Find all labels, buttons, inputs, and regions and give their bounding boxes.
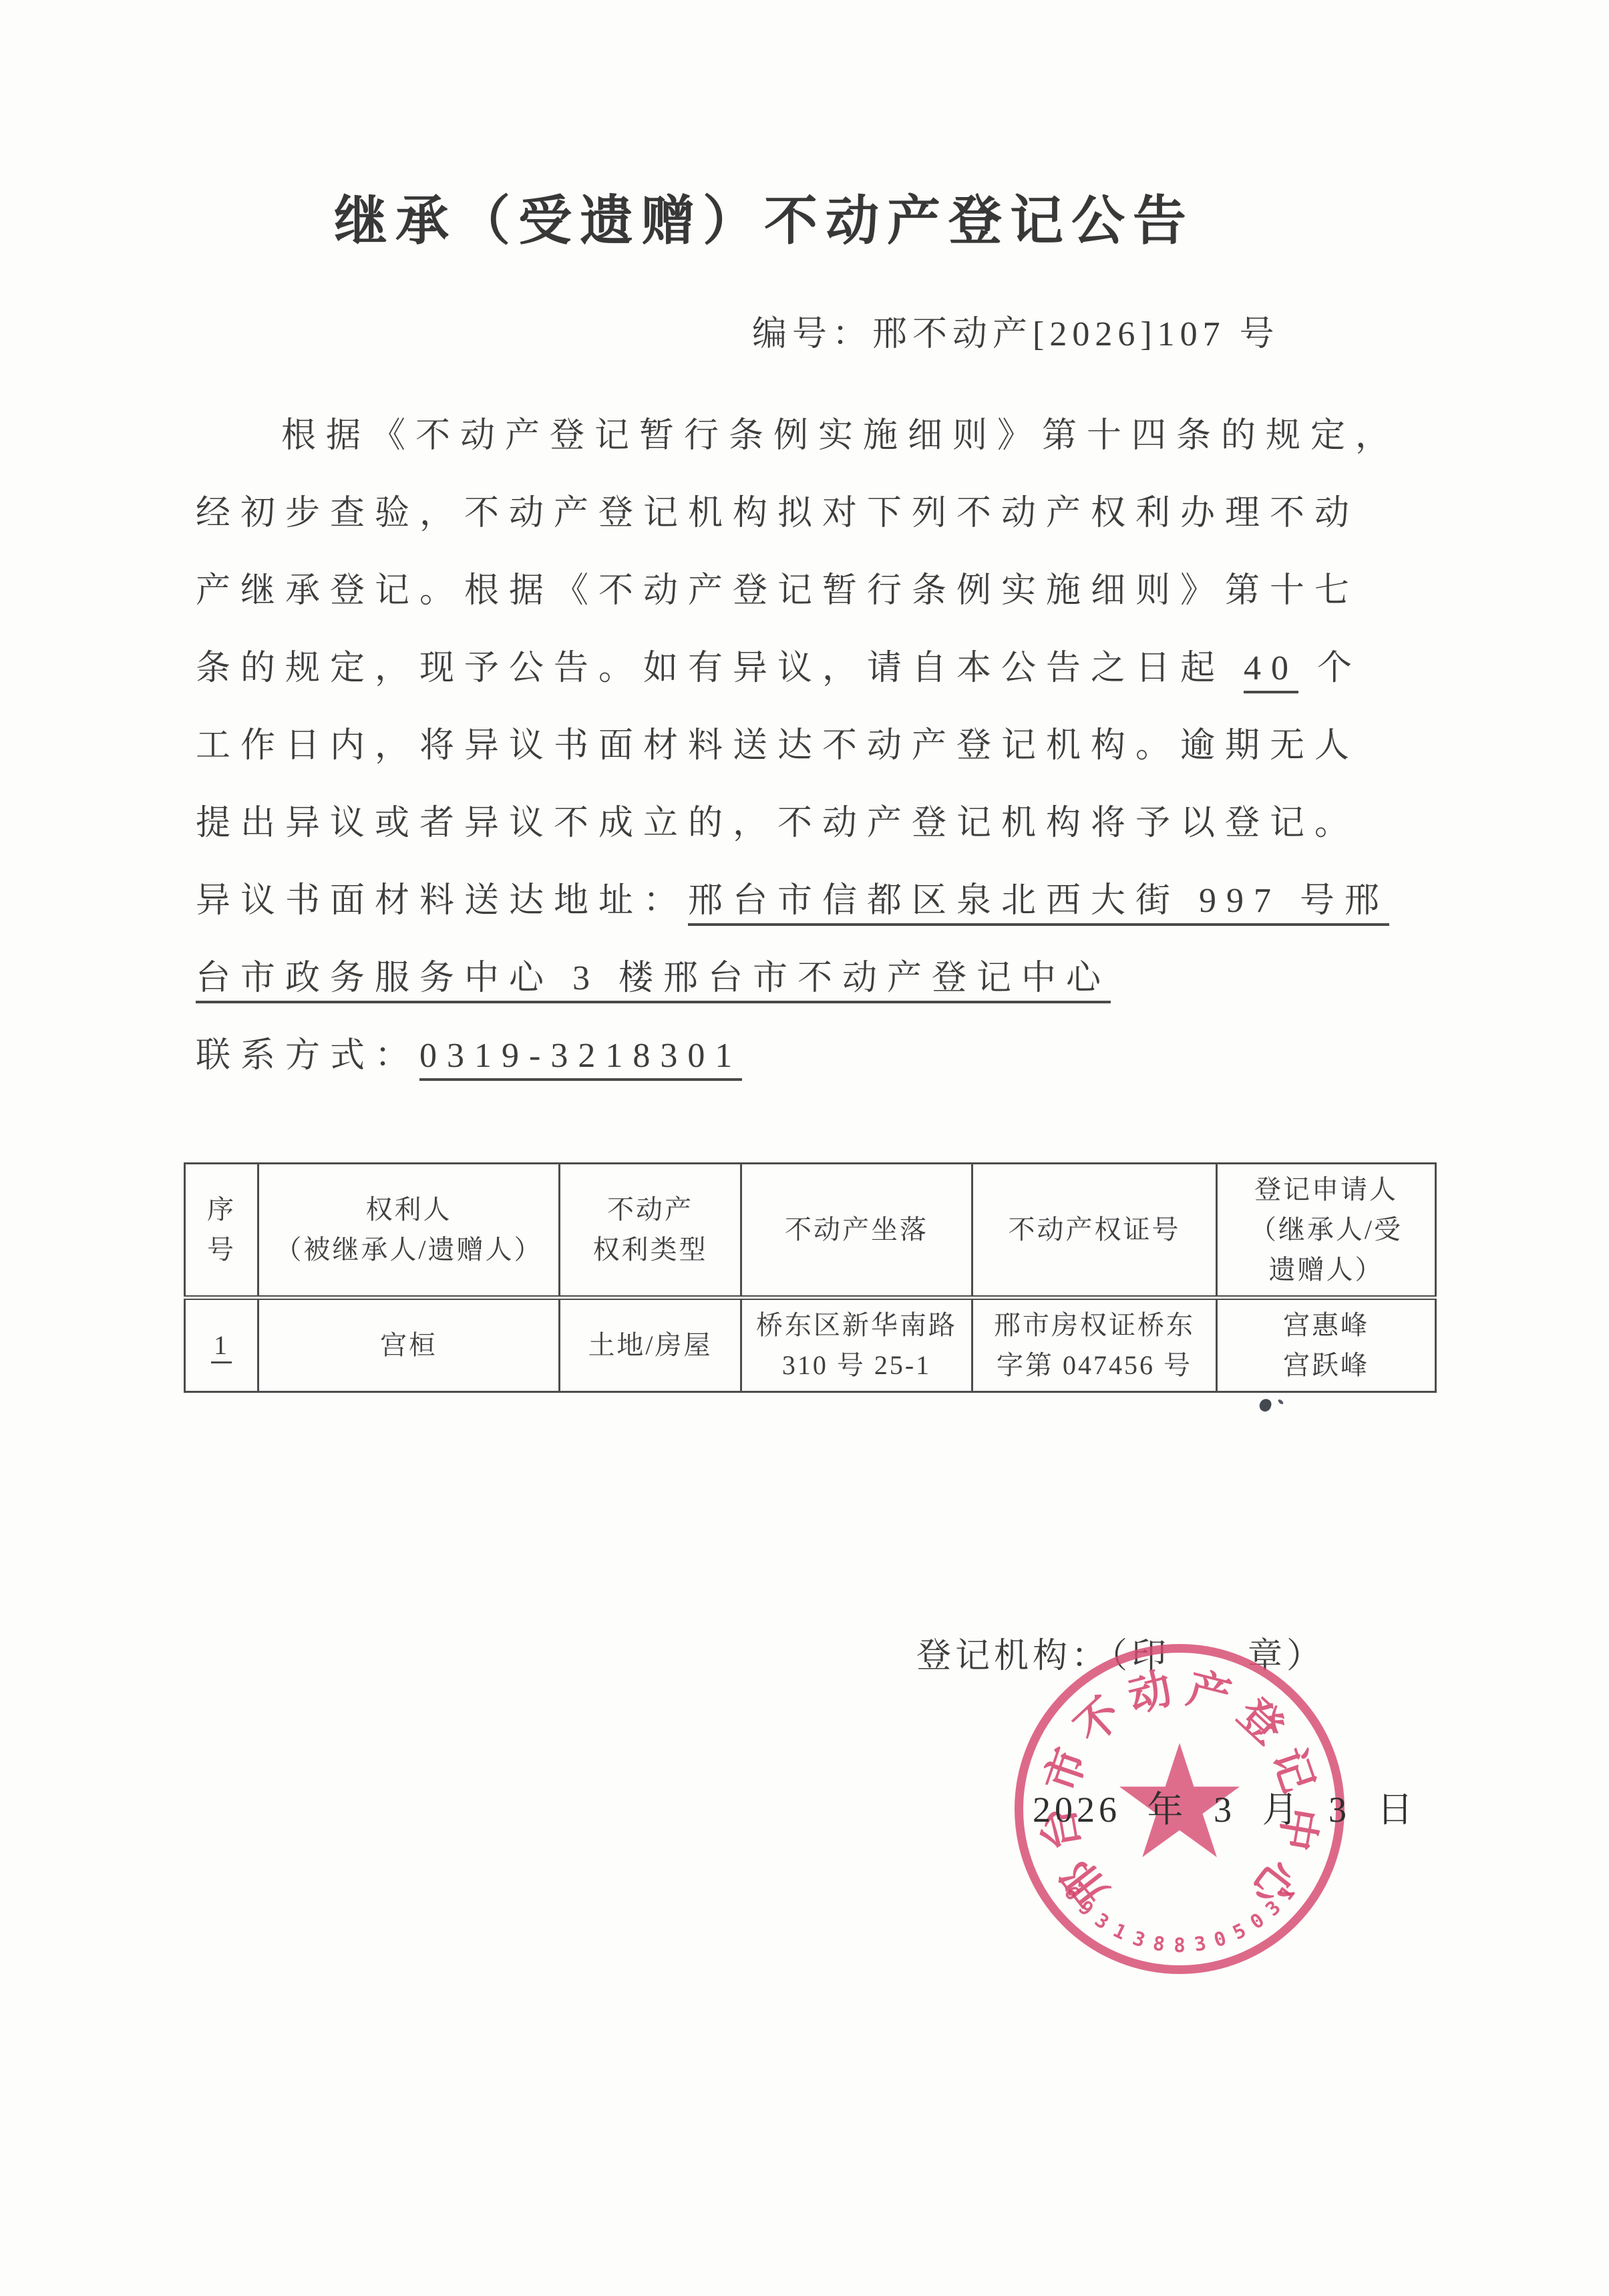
header-text: 权利人 (263, 1190, 554, 1230)
body-text: 个 (1298, 649, 1362, 687)
header-text: 不动产权证号 (977, 1210, 1212, 1250)
header-text: 号 (190, 1230, 253, 1270)
body-line-6: 提出异议或者异议不成立的，不动产登记机构将予以登记。 (196, 785, 1359, 862)
cert-text: 字第 047456 号 (977, 1345, 1212, 1385)
header-text: 不动产 (564, 1190, 736, 1230)
applicant-name: 宫惠峰 (1222, 1305, 1431, 1345)
body-text: 异议书面材料送达地址： (196, 882, 688, 920)
header-applicant: 登记申请人 （继承人/受 遗赠人） (1217, 1164, 1436, 1298)
cell-seq: 1 (185, 1298, 258, 1392)
body-line-1: 根据《不动产登记暂行条例实施细则》第十四条的规定， (196, 397, 1400, 475)
document-page: 继承（受遗赠）不动产登记公告 编号：邢不动产[2026]107 号 根据《不动产… (0, 0, 1609, 2296)
body-text: 联系方式： (196, 1037, 419, 1075)
table-header-row: 序 号 权利人 （被继承人/遗赠人） 不动产 权利类型 不动产坐落 不动产权证号 (185, 1164, 1436, 1298)
header-text: （继承人/受 (1222, 1210, 1431, 1250)
body-line-7: 异议书面材料送达地址：邢台市信都区泉北西大街 997 号邢 (196, 862, 1389, 940)
location-text: 310 号 25-1 (746, 1345, 967, 1385)
header-text: （被继承人/遗赠人） (263, 1230, 554, 1270)
objection-days: 40 (1244, 649, 1298, 693)
applicant-name: 宫跃峰 (1222, 1345, 1431, 1385)
table-row: 1 宫桓 土地/房屋 桥东区新华南路 310 号 25-1 邢市房权证桥东 字第… (185, 1298, 1436, 1392)
body-text: 条的规定，现予公告。如有异议，请自本公告之日起 (196, 649, 1244, 687)
location-text: 桥东区新华南路 (746, 1305, 967, 1345)
header-rightholder: 权利人 （被继承人/遗赠人） (258, 1164, 560, 1298)
body-line-8: 台市政务服务中心 3 楼邢台市不动产登记中心 (196, 940, 1111, 1017)
ink-speck (1258, 1398, 1272, 1414)
issue-date: 2026 年 3 月 3 日 (1033, 1781, 1417, 1832)
rights-table: 序 号 权利人 （被继承人/遗赠人） 不动产 权利类型 不动产坐落 不动产权证号 (184, 1162, 1437, 1393)
body-text: 产继承登记。根据《不动产登记暂行条例实施细则》第十七 (196, 572, 1359, 610)
body-line-5: 工作日内，将异议书面材料送达不动产登记机构。逾期无人 (196, 707, 1359, 785)
owner-name: 宫桓 (380, 1330, 437, 1360)
seal-code-digit: 3 (1187, 1931, 1213, 1957)
body-line-4: 条的规定，现予公告。如有异议，请自本公告之日起 40 个 (196, 630, 1362, 707)
header-text: 遗赠人） (1222, 1250, 1431, 1290)
cert-text: 邢市房权证桥东 (977, 1305, 1212, 1345)
header-location: 不动产坐落 (741, 1164, 972, 1298)
body-text: 根据《不动产登记暂行条例实施细则》第十四条的规定， (281, 417, 1400, 455)
doc-number: 编号：邢不动产[2026]107 号 (752, 314, 1280, 355)
seal-code-digit: 8 (1168, 1934, 1191, 1957)
header-text: 权利类型 (564, 1230, 736, 1270)
body-text: 工作日内，将异议书面材料送达不动产登记机构。逾期无人 (196, 727, 1359, 765)
delivery-address-cont: 台市政务服务中心 3 楼邢台市不动产登记中心 (196, 959, 1111, 1003)
cell-cert-number: 邢市房权证桥东 字第 047456 号 (972, 1298, 1217, 1392)
header-text: 登记申请人 (1222, 1170, 1431, 1210)
cell-location: 桥东区新华南路 310 号 25-1 (741, 1298, 972, 1392)
right-type: 土地/房屋 (588, 1330, 712, 1360)
cell-right-type: 土地/房屋 (560, 1298, 741, 1392)
header-text: 不动产坐落 (746, 1210, 967, 1250)
contact-phone: 0319-3218301 (419, 1037, 742, 1081)
body-line-2: 经初步查验，不动产登记机构拟对下列不动产权利办理不动 (196, 475, 1359, 552)
seq-value: 1 (211, 1330, 232, 1363)
ink-speck-small (1277, 1399, 1284, 1406)
cell-applicant: 宫惠峰 宫跃峰 (1217, 1298, 1436, 1392)
header-seq: 序 号 (185, 1164, 258, 1298)
body-line-3: 产继承登记。根据《不动产登记暂行条例实施细则》第十七 (196, 552, 1359, 630)
header-text: 序 (190, 1190, 253, 1230)
page-title: 继承（受遗赠）不动产登记公告 (334, 195, 1194, 249)
body-text: 经初步查验，不动产登记机构拟对下列不动产权利办理不动 (196, 494, 1359, 532)
header-right-type: 不动产 权利类型 (560, 1164, 741, 1298)
cell-rightholder: 宫桓 (258, 1298, 560, 1392)
body-line-9: 联系方式：0319-3218301 (196, 1017, 742, 1095)
header-cert-number: 不动产权证号 (972, 1164, 1217, 1298)
delivery-address: 邢台市信都区泉北西大街 997 号邢 (688, 882, 1389, 926)
body-text: 提出异议或者异议不成立的，不动产登记机构将予以登记。 (196, 804, 1359, 842)
